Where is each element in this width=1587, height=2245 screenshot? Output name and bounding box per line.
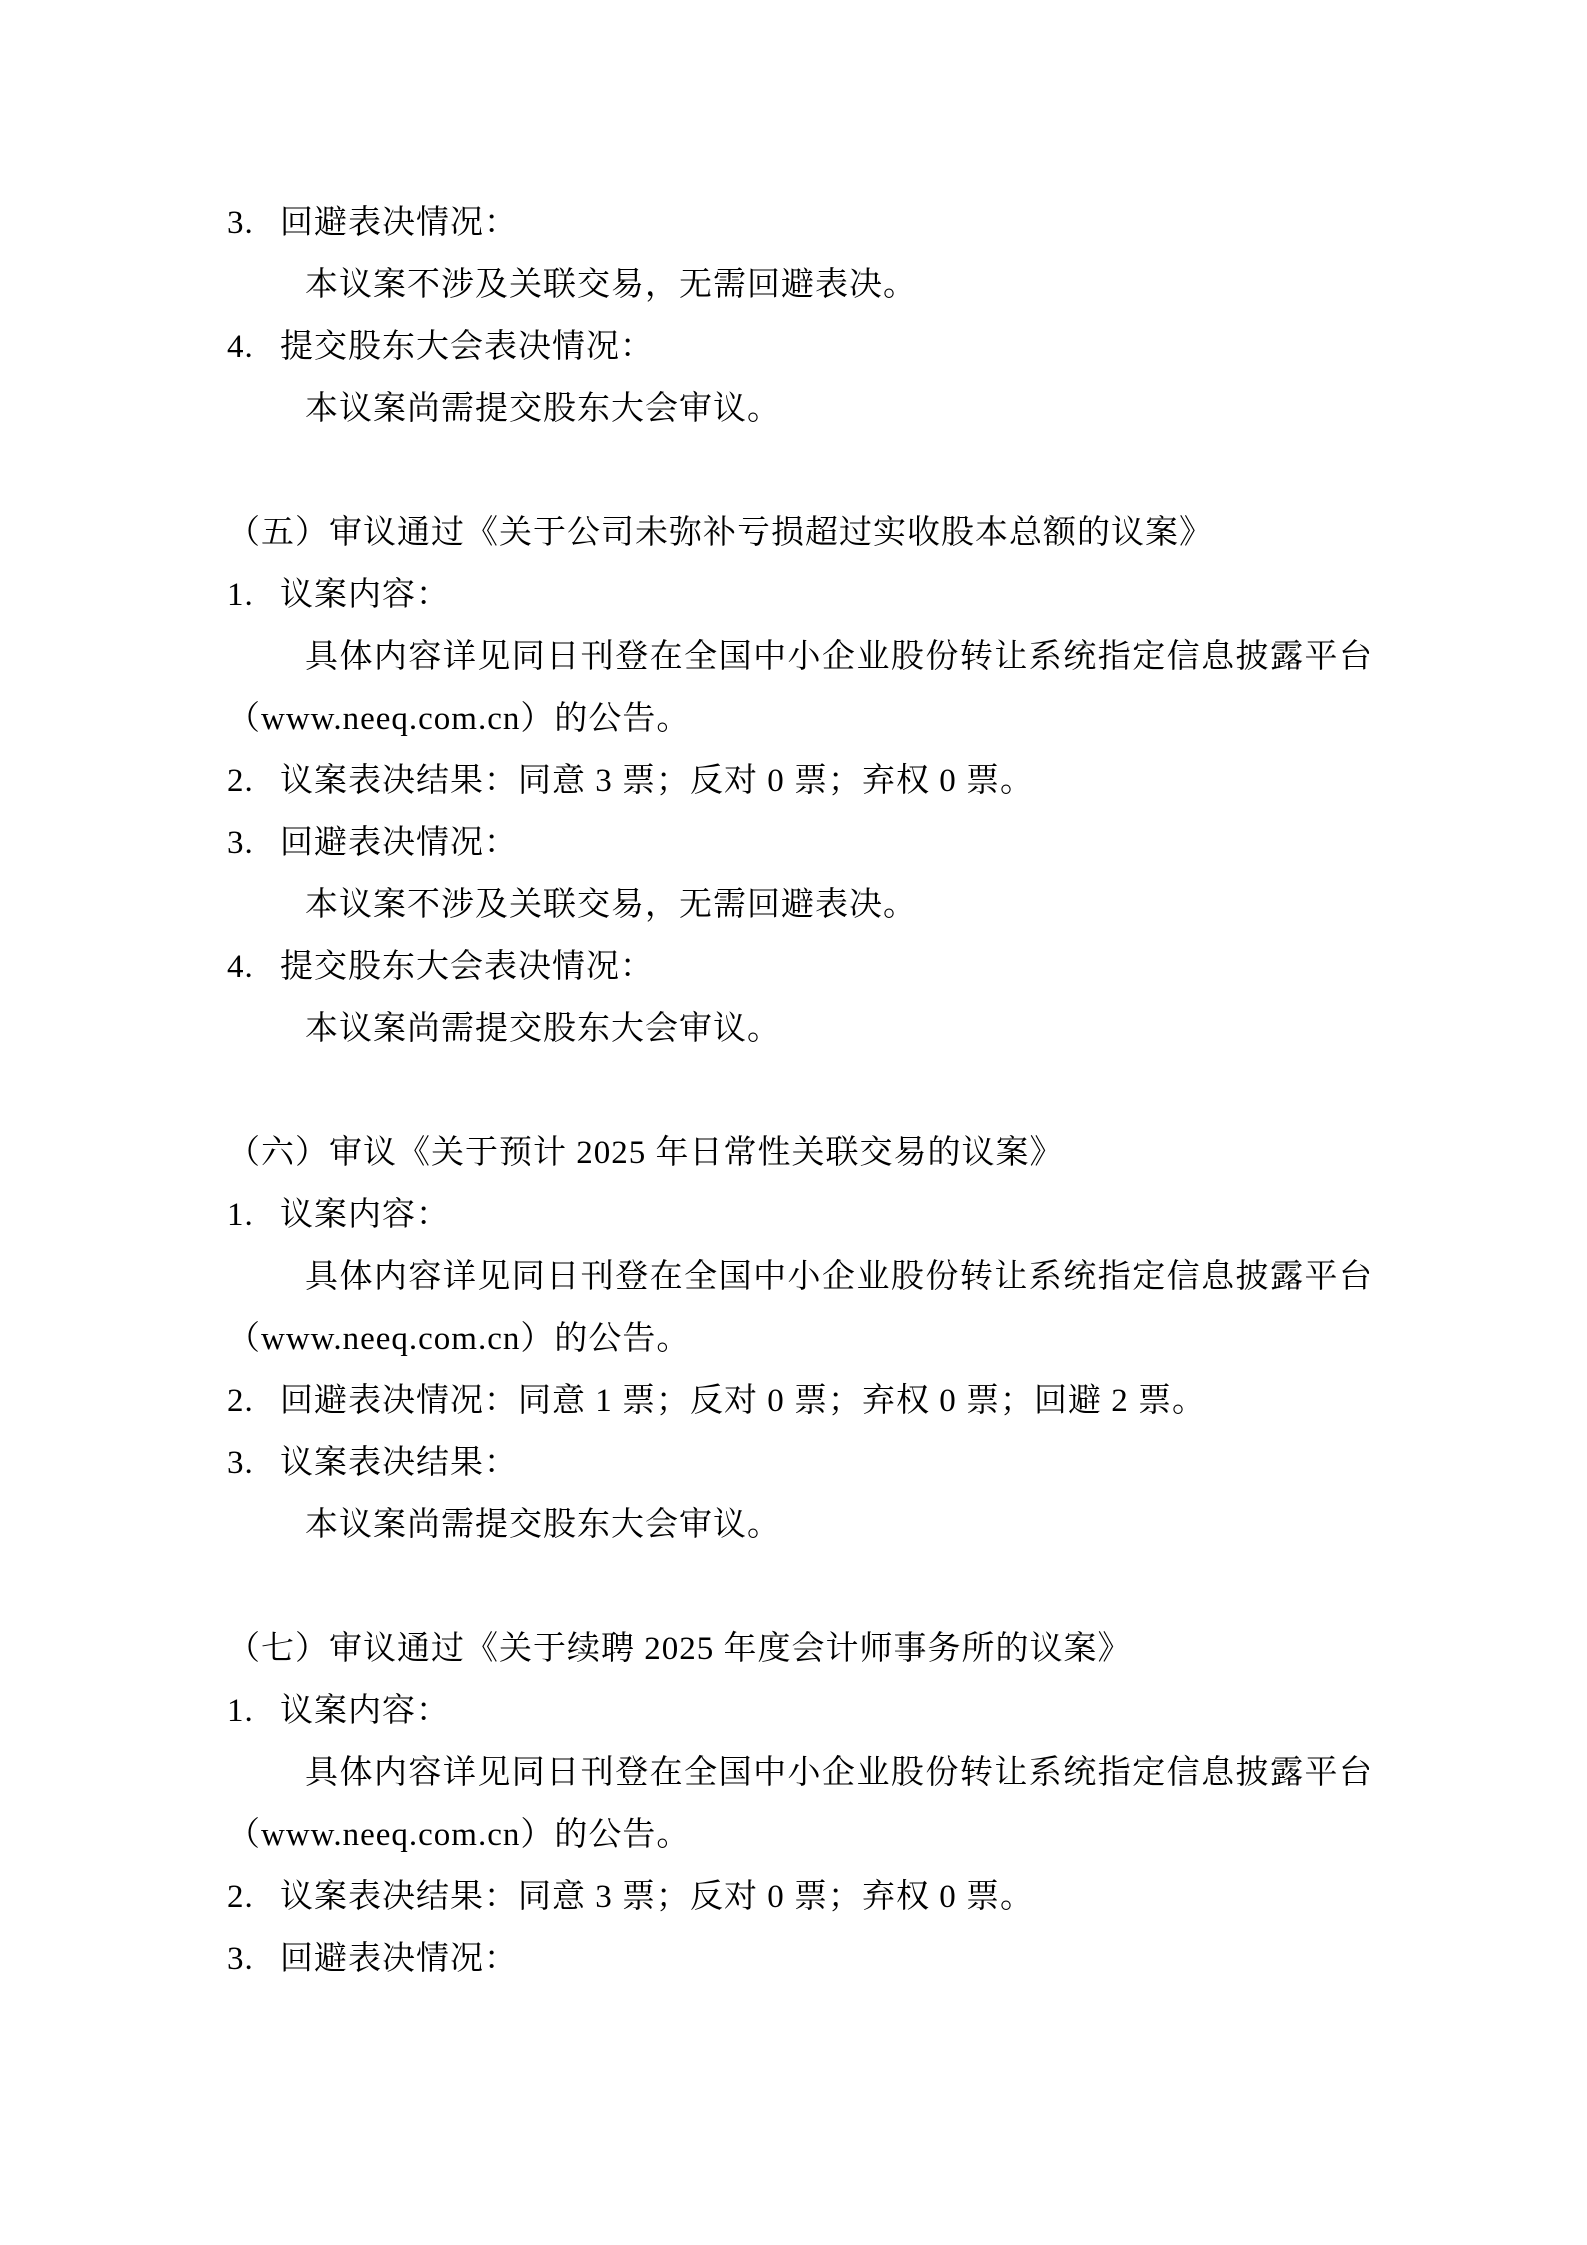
document-line: 具体内容详见同日刊登在全国中小企业股份转让系统指定信息披露平台 [227,1246,1373,1308]
document-line: 4.提交股东大会表决情况： [227,316,1373,378]
list-number: 3. [227,812,280,874]
list-number: 3. [227,192,280,254]
blank-line [227,1556,1373,1618]
document-line: 本议案尚需提交股东大会审议。 [227,378,1373,440]
document-line: （www.neeq.com.cn）的公告。 [227,1804,1373,1866]
document-line: 本议案尚需提交股东大会审议。 [227,998,1373,1060]
line-text: 议案内容： [280,1693,450,1729]
list-number: 2. [227,750,280,812]
line-text: 提交股东大会表决情况： [280,329,654,365]
list-number: 2. [227,1370,280,1432]
document-line: 1.议案内容： [227,564,1373,626]
line-text: 回避表决情况： [280,205,518,241]
line-text: 议案表决结果：同意 3 票；反对 0 票；弃权 0 票。 [280,763,1034,799]
blank-line [227,440,1373,502]
section-heading: （七）审议通过《关于续聘 2025 年度会计师事务所的议案》 [227,1618,1373,1680]
document-line: 3.回避表决情况： [227,812,1373,874]
document-content: 3.回避表决情况：本议案不涉及关联交易，无需回避表决。4.提交股东大会表决情况：… [227,192,1373,1990]
document-page: 3.回避表决情况：本议案不涉及关联交易，无需回避表决。4.提交股东大会表决情况：… [0,0,1587,2245]
list-number: 3. [227,1432,280,1494]
list-number: 1. [227,564,280,626]
section-heading: （五）审议通过《关于公司未弥补亏损超过实收股本总额的议案》 [227,502,1373,564]
list-number: 4. [227,316,280,378]
line-text: 提交股东大会表决情况： [280,949,654,985]
line-text: 议案内容： [280,577,450,613]
list-number: 1. [227,1680,280,1742]
line-text: 回避表决情况： [280,825,518,861]
document-line: （www.neeq.com.cn）的公告。 [227,688,1373,750]
line-text: 议案表决结果：同意 3 票；反对 0 票；弃权 0 票。 [280,1879,1034,1915]
document-line: 2.议案表决结果：同意 3 票；反对 0 票；弃权 0 票。 [227,750,1373,812]
line-text: 议案表决结果： [280,1445,518,1481]
blank-line [227,1060,1373,1122]
document-line: （www.neeq.com.cn）的公告。 [227,1308,1373,1370]
list-number: 1. [227,1184,280,1246]
document-line: 2.议案表决结果：同意 3 票；反对 0 票；弃权 0 票。 [227,1866,1373,1928]
list-number: 3. [227,1928,280,1990]
document-line: 1.议案内容： [227,1184,1373,1246]
line-text: 议案内容： [280,1197,450,1233]
document-line: 3.议案表决结果： [227,1432,1373,1494]
list-number: 2. [227,1866,280,1928]
line-text: 回避表决情况： [280,1941,518,1977]
document-line: 1.议案内容： [227,1680,1373,1742]
document-line: 3.回避表决情况： [227,1928,1373,1990]
section-heading: （六）审议《关于预计 2025 年日常性关联交易的议案》 [227,1122,1373,1184]
document-line: 4.提交股东大会表决情况： [227,936,1373,998]
document-line: 具体内容详见同日刊登在全国中小企业股份转让系统指定信息披露平台 [227,1742,1373,1804]
list-number: 4. [227,936,280,998]
document-line: 本议案不涉及关联交易，无需回避表决。 [227,874,1373,936]
document-line: 3.回避表决情况： [227,192,1373,254]
document-line: 本议案尚需提交股东大会审议。 [227,1494,1373,1556]
document-line: 2.回避表决情况：同意 1 票；反对 0 票；弃权 0 票；回避 2 票。 [227,1370,1373,1432]
line-text: 回避表决情况：同意 1 票；反对 0 票；弃权 0 票；回避 2 票。 [280,1383,1206,1419]
document-line: 本议案不涉及关联交易，无需回避表决。 [227,254,1373,316]
document-line: 具体内容详见同日刊登在全国中小企业股份转让系统指定信息披露平台 [227,626,1373,688]
